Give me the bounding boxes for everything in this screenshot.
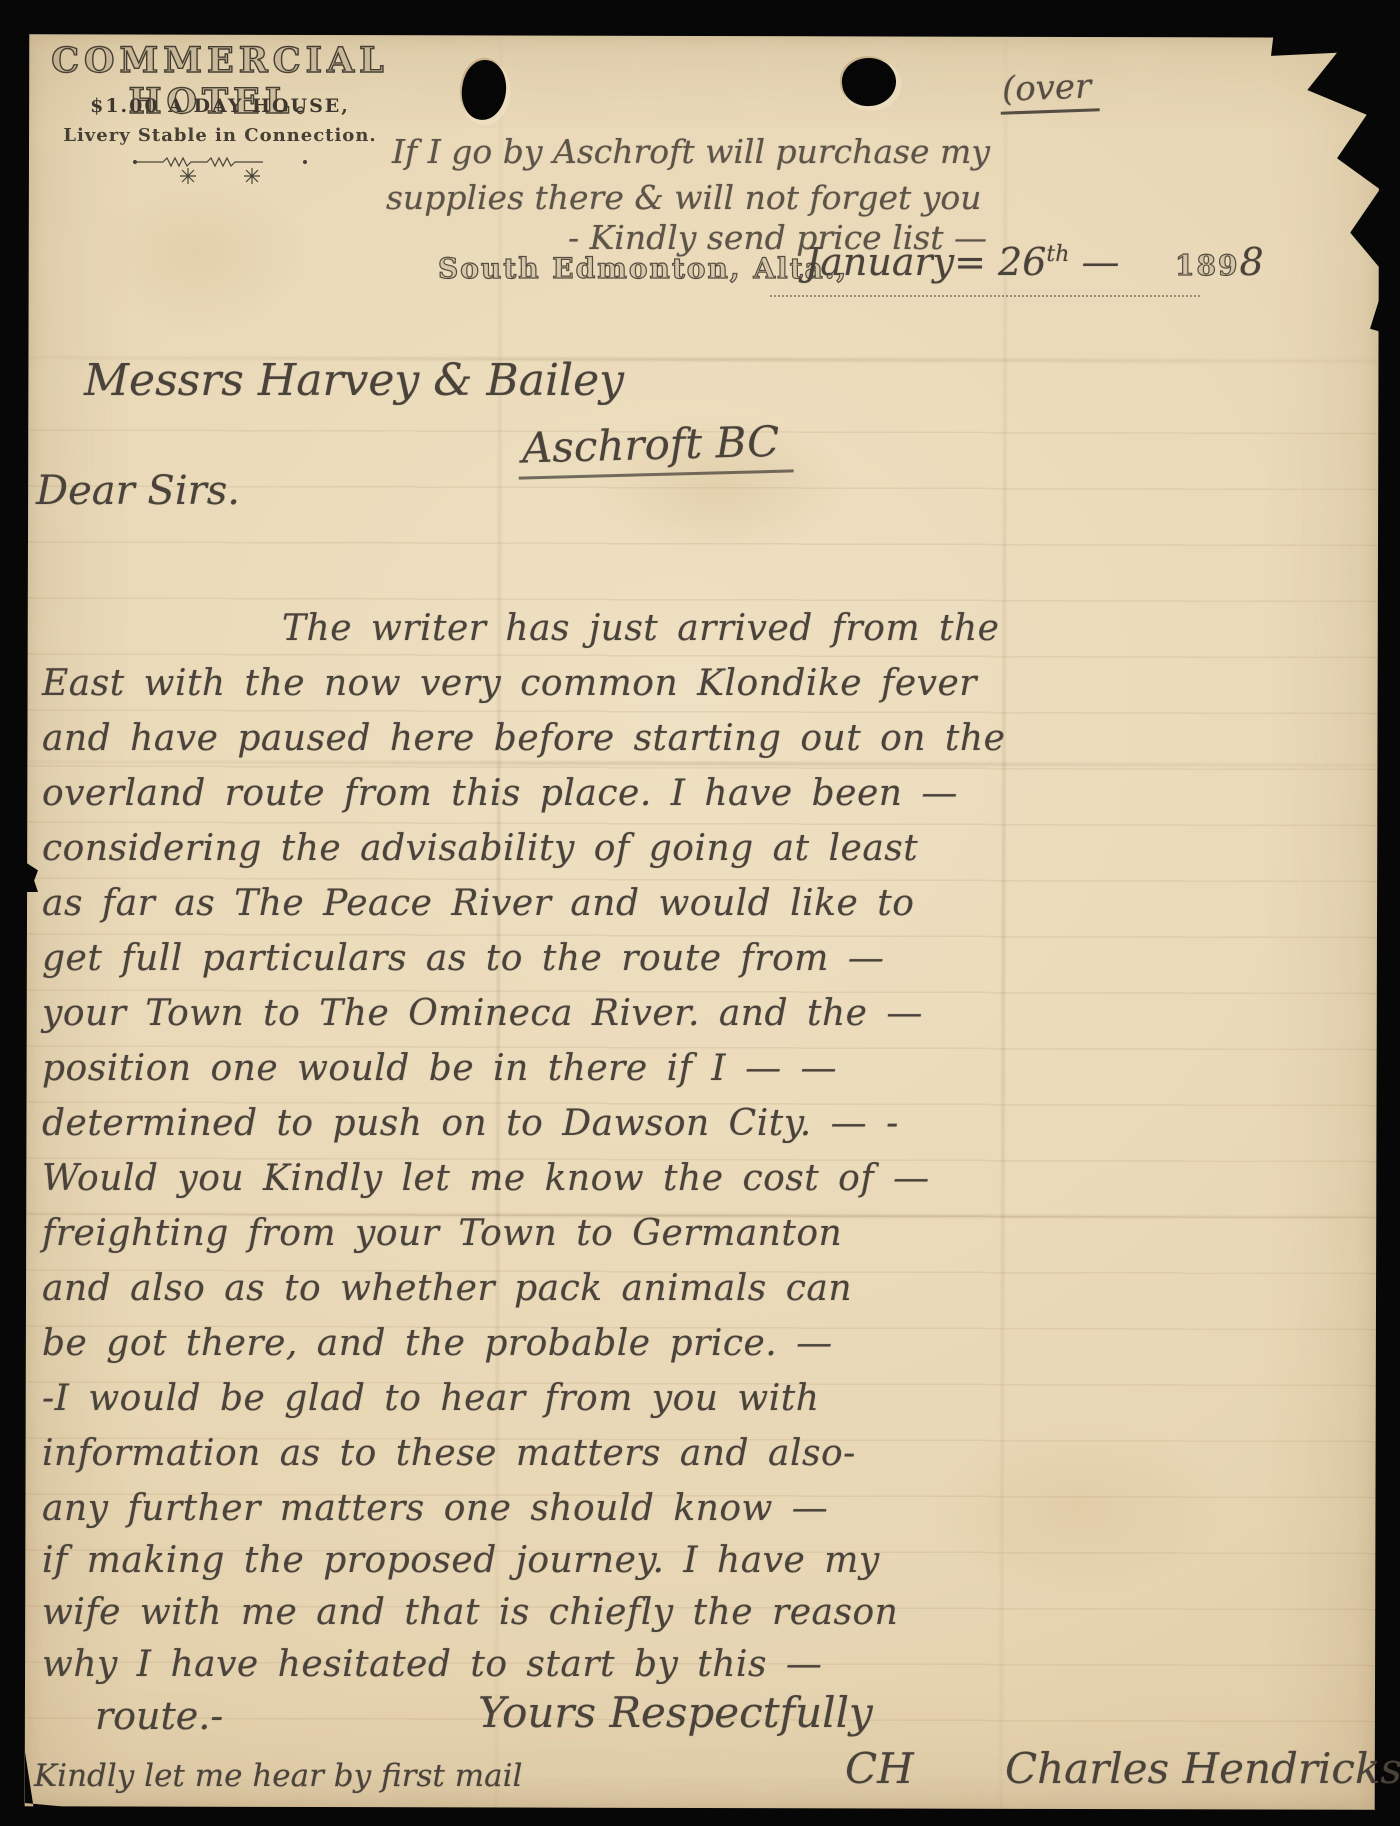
letter-line: why I have hesitated to start by this — — [42, 1644, 822, 1685]
letter-line: and have paused here before starting out… — [42, 718, 1005, 759]
letter-line: get full particulars as to the route fro… — [42, 938, 884, 979]
date-year: 1898 — [1175, 240, 1264, 284]
letter-line: freighting from your Town to Germanton — [42, 1213, 842, 1254]
letter-line: be got there, and the probable price. — — [42, 1323, 833, 1364]
closing-route: route.- — [95, 1694, 223, 1738]
letter-line: as far as The Peace River and would like… — [42, 883, 914, 924]
date-day-suffix: th — [1046, 242, 1069, 267]
recipient-place: Aschroft BC — [517, 416, 794, 479]
crease-line-horizontal — [27, 760, 1377, 767]
printed-year-prefix: 189 — [1175, 249, 1239, 282]
paper-stain — [925, 1417, 1225, 1598]
dotted-leader — [770, 293, 1200, 297]
letter-line: overland route from this place. I have b… — [42, 773, 958, 814]
top-note-line-2: supplies there & will not forget you — [386, 178, 982, 217]
recipient-line: Messrs Harvey & Bailey — [84, 355, 624, 406]
letter-line: and also as to whether pack animals can — [42, 1268, 852, 1309]
scan-background: COMMERCIAL HOTEL. $1.00 A DAY HOUSE, Liv… — [0, 0, 1400, 1826]
date-handwritten: January= 26th — — [805, 240, 1120, 284]
sender-initials: CH — [845, 1744, 914, 1793]
letter-line: your Town to The Omineca River. and the … — [42, 993, 923, 1034]
postscript: Kindly let me hear by first mail — [34, 1758, 522, 1794]
letter-line: -I would be glad to hear from you with — [42, 1378, 819, 1419]
over-annotation: (over — [999, 66, 1100, 114]
crease-line-vertical — [1000, 37, 1008, 1809]
letter-line: considering the advisability of going at… — [42, 828, 918, 869]
letter-line: East with the now very common Klondike f… — [42, 663, 977, 704]
paper-stain — [89, 174, 309, 335]
year-final-digit: 8 — [1239, 240, 1263, 284]
signature: Charles Hendricks — [1005, 1744, 1400, 1793]
top-note-line-1: If I go by Aschroft will purchase my — [392, 132, 990, 171]
letter-line: information as to these matters and also… — [42, 1433, 856, 1474]
letter-line: if making the proposed journey. I have m… — [42, 1540, 880, 1581]
letter-line: The writer has just arrived from the — [282, 608, 999, 649]
letter-line: Would you Kindly let me know the cost of… — [42, 1158, 930, 1199]
letter-line: wife with me and that is chiefly the rea… — [42, 1592, 898, 1633]
closing-respectfully: Yours Respectfully — [478, 1688, 873, 1737]
printed-place: South Edmonton, Alta., — [438, 252, 848, 285]
date-dash: — — [1069, 240, 1119, 284]
letterhead-tagline: $1.00 A DAY HOUSE, — [30, 95, 410, 117]
letterhead-subtext: Livery Stable in Connection. — [30, 125, 410, 146]
letterhead-ornament — [130, 150, 310, 190]
letter-line: position one would be in there if I — — — [42, 1048, 837, 1089]
date-month-day: January= 26 — [805, 240, 1046, 284]
letter-line: determined to push on to Dawson City. — … — [42, 1103, 899, 1144]
letter-line: any further matters one should know — — [42, 1488, 828, 1529]
salutation: Dear Sirs. — [36, 468, 240, 514]
